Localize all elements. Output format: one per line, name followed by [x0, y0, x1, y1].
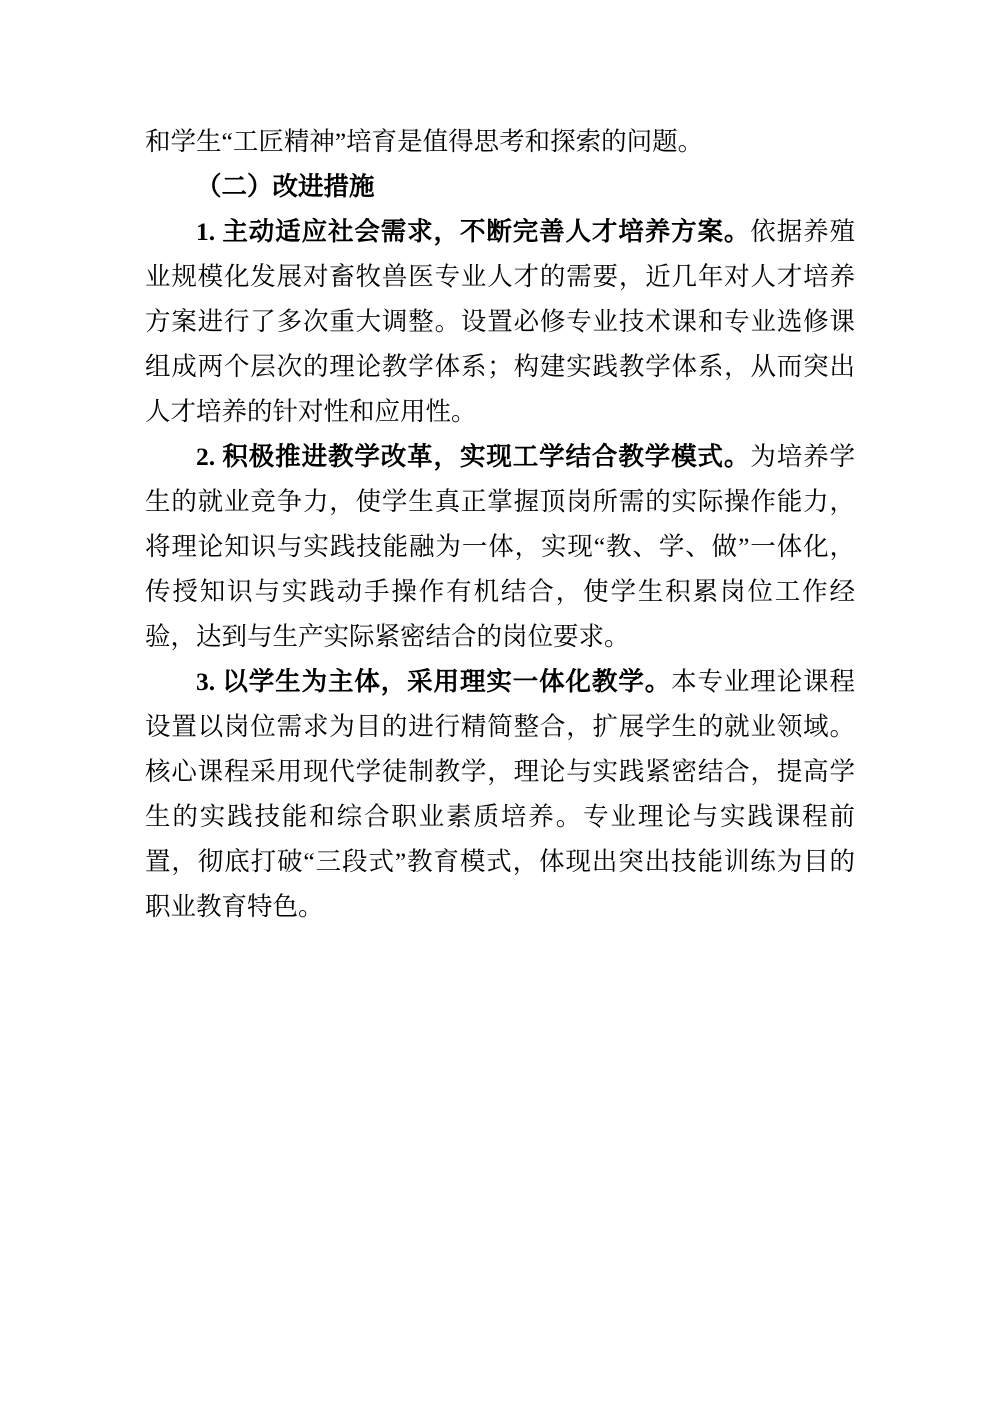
- paragraph-item-3-body: 本专业理论课程设置以岗位需求为目的进行精简整合，扩展学生的就业领域。核心课程采用…: [145, 667, 855, 921]
- paragraph-item-1-lead: 1. 主动适应社会需求，不断完善人才培养方案。: [196, 217, 750, 246]
- paragraph-item-3-lead: 3. 以学生为主体，采用理实一体化教学。: [196, 667, 671, 696]
- section-heading: （二）改进措施: [145, 164, 855, 209]
- paragraph-continuation: 和学生“工匠精神”培育是值得思考和探索的问题。: [145, 119, 855, 164]
- paragraph-item-2-lead: 2. 积极推进教学改革，实现工学结合教学模式。: [196, 442, 750, 471]
- paragraph-item-1-body: 依据养殖业规模化发展对畜牧兽医专业人才的需要，近几年对人才培养方案进行了多次重大…: [145, 217, 855, 426]
- paragraph-item-2: 2. 积极推进教学改革，实现工学结合教学模式。为培养学生的就业竞争力，使学生真正…: [145, 434, 855, 659]
- paragraph-item-2-body: 为培养学生的就业竞争力，使学生真正掌握顶岗所需的实际操作能力，将理论知识与实践技…: [145, 442, 855, 651]
- paragraph-item-3: 3. 以学生为主体，采用理实一体化教学。本专业理论课程设置以岗位需求为目的进行精…: [145, 659, 855, 929]
- document-page: 和学生“工匠精神”培育是值得思考和探索的问题。 （二）改进措施 1. 主动适应社…: [0, 0, 1000, 1414]
- paragraph-item-1: 1. 主动适应社会需求，不断完善人才培养方案。依据养殖业规模化发展对畜牧兽医专业…: [145, 209, 855, 434]
